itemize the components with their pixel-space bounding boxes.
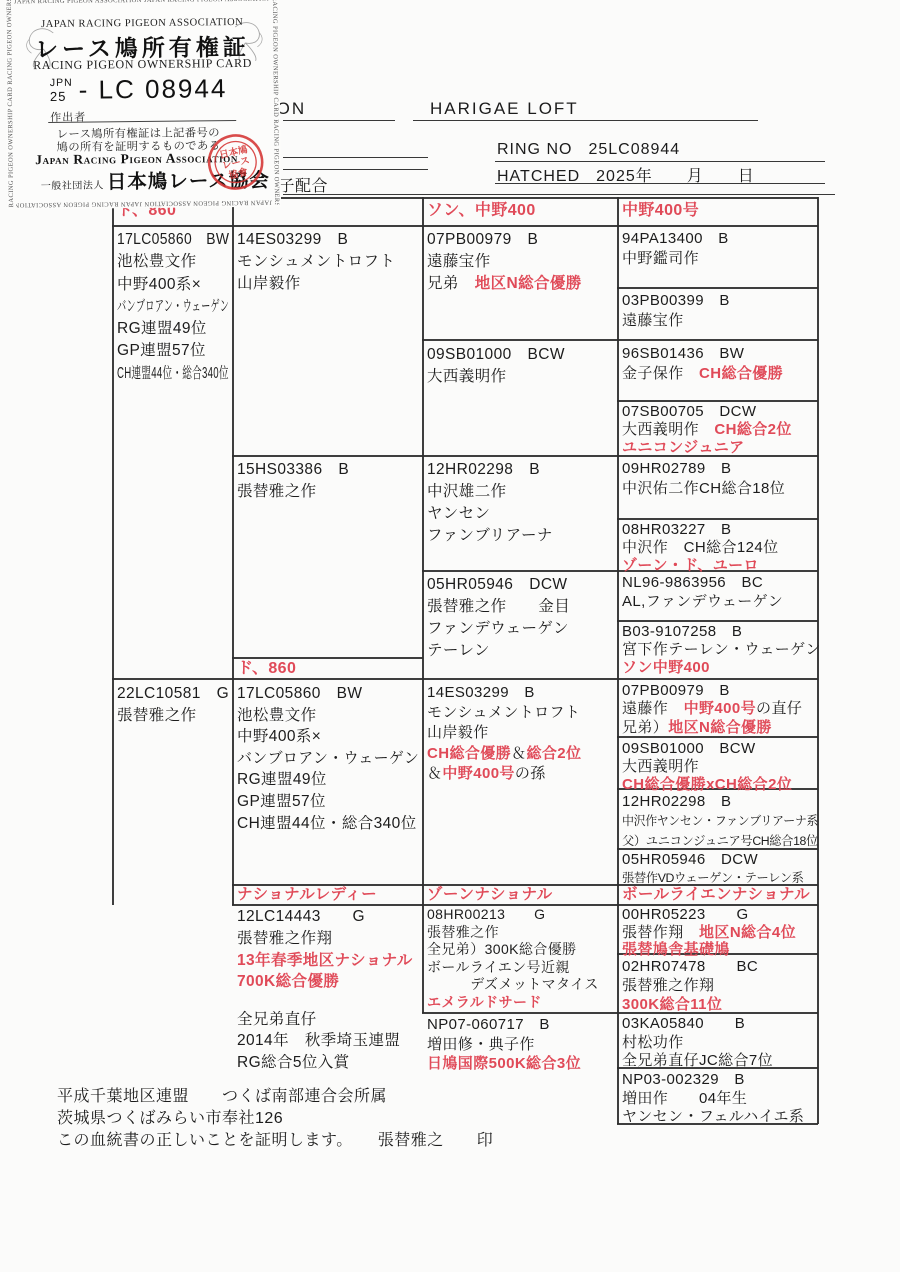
pedigree-line: 12LC14443 G <box>237 906 365 928</box>
pedigree-line: 山岸毅作 <box>237 273 301 295</box>
grid-line-h <box>112 678 818 680</box>
pedigree-cell-c2_3: 17LC05860 BW池松豊文作中野400系×バンブロアン・ウェーゲンRG連盟… <box>237 683 426 834</box>
grid-line-h <box>422 1012 818 1014</box>
pedigree-line: デズメットマタイス <box>427 976 599 994</box>
pedigree-line: 08HR00213 G <box>427 906 545 924</box>
card-ring-id: JPN 25 - LC 08944 <box>50 73 228 106</box>
grid-line-v <box>112 197 114 905</box>
pedigree-cell-c4_7: NL96-9863956 BCAL,ファンデウェーゲン <box>622 573 783 611</box>
pedigree-cell-c3_5: 14ES03299 Bモンシュメントロフト山岸毅作CH総合優勝＆総合2位＆中野4… <box>427 683 581 784</box>
pedigree-line: 03PB00399 B <box>622 291 730 311</box>
pedigree-line: 07PB00979 B <box>622 682 730 700</box>
pedigree-line: 遠藤宝作 <box>622 311 684 331</box>
pedigree-cell-c4_2: 03PB00399 B遠藤宝作 <box>622 291 730 331</box>
pedigree-line: 中野400系× <box>117 274 201 296</box>
pedigree-line: 05HR05946 DCW <box>427 574 567 596</box>
pedigree-cell-c4_8: B03-9107258 B宮下作テーレン・ウェーゲンソン中野400 <box>622 623 821 678</box>
pedigree-line: 全兄弟直仔 <box>237 1009 317 1031</box>
pedigree-line: 07PB00979 B <box>427 229 538 251</box>
pedigree-line: 94PA13400 B <box>622 229 729 249</box>
pedigree-cell-c2_band: ド、860 <box>237 659 296 679</box>
pedigree-cell-c3_band: ソン、中野400 <box>427 200 536 222</box>
pedigree-line: 08HR03227 B <box>622 521 731 539</box>
pedigree-line: 日鳩国際500K総合3位 <box>427 1054 581 1074</box>
grid-line-h <box>617 518 818 520</box>
pedigree-line: CH総合優勝＆総合2位 <box>427 744 581 764</box>
pedigree-cell-c3_4: 05HR05946 DCW張替雅之作 金目ファンデウェーゲンテーレン <box>427 574 570 662</box>
pedigree-cell-c2_4: 12LC14443 G張替雅之作翔13年春季地区ナショナル700K総合優勝全兄弟… <box>237 906 413 1074</box>
footer-address: 茨城県つくばみらい市奉社126 <box>57 1105 283 1128</box>
pedigree-line: NP07-060717 B <box>427 1015 550 1035</box>
card-edge-text-top: JAPAN RACING PIGEON ASSOCIATION JAPAN RA… <box>14 0 270 7</box>
pedigree-cell-c3_band2: ゾーンナショナル <box>427 885 553 905</box>
pedigree-line: ゾーンナショナル <box>427 885 553 905</box>
pedigree-line: CH連盟44位・総合340位 <box>117 363 229 385</box>
pedigree-line: 金子保作 CH総合優勝 <box>622 364 783 384</box>
pedigree-line: 12HR02298 B <box>622 792 731 811</box>
pedigree-line: 15HS03386 B <box>237 459 349 481</box>
scanned-pedigree-certificate: { "page": { "bg": "#fbfbfa", "ink": "#1c… <box>0 0 900 1272</box>
grid-line-h <box>617 400 818 402</box>
association-red-seal: 日本鳩 レース 協會 <box>201 127 270 196</box>
pedigree-line: ＆中野400号の孫 <box>427 764 546 784</box>
pedigree-line: 03KA05840 B <box>622 1015 745 1034</box>
pedigree-line: NP03-002329 B <box>622 1071 745 1090</box>
grid-line-h <box>422 339 818 341</box>
pedigree-line: 兄弟）地区N総合優勝 <box>622 719 772 737</box>
card-edge-text-bottom: JAPAN RACING PIGEON ASSOCIATION JAPAN RA… <box>16 197 272 209</box>
pedigree-line: ファンブリアーナ <box>427 525 553 547</box>
pedigree-line: テーレン <box>427 640 490 662</box>
pedigree-cell-c3_1: 07PB00979 B遠藤宝作兄弟 地区N総合優勝 <box>427 229 582 295</box>
pedigree-line: RG総合5位入賞 <box>237 1052 350 1074</box>
pedigree-line: エメラルドサード <box>427 994 542 1012</box>
pedigree-line: ファンデウェーゲン <box>427 618 569 640</box>
pedigree-line: 宮下作テーレン・ウェーゲン <box>622 641 821 659</box>
pedigree-line: 村松功作 <box>622 1034 684 1053</box>
pedigree-line: ナショナルレディー <box>237 885 377 905</box>
pedigree-cell-c4_10: 09SB01000 BCW大西義明作CH総合優勝xCH総合2位 <box>622 740 792 795</box>
pedigree-line: 07SB00705 DCW <box>622 403 756 421</box>
pedigree-cell-c4_12: 05HR05946 DCW張替作VDウェーゲン・テーレン系 <box>622 851 804 887</box>
pedigree-cell-c4_6: 08HR03227 B中沢作 CH総合124位ゾーン・ド、ユーロ <box>622 521 779 576</box>
pedigree-line: 17LC05860 BW <box>117 229 229 251</box>
pedigree-line: 17LC05860 BW <box>237 683 362 705</box>
pedigree-line: 05HR05946 DCW <box>622 851 758 869</box>
grid-line-v <box>617 197 619 1124</box>
pedigree-line: 中野400系× <box>237 726 321 748</box>
footer-certification: この血統書の正しいことを証明します。 張替雅之 印 <box>57 1127 493 1150</box>
pedigree-line: モンシュメントロフト <box>427 703 580 723</box>
footer-affiliation: 平成千葉地区連盟 つくば南部連合会所属 <box>57 1083 387 1106</box>
pedigree-cell-c4_9: 07PB00979 B遠藤作 中野400号の直仔兄弟）地区N総合優勝 <box>622 682 802 737</box>
pedigree-line: 張替雅之作 <box>237 481 317 503</box>
pedigree-line: 中沢佑二作CH総合18位 <box>622 479 785 499</box>
pedigree-line: 大西義明作 <box>622 758 699 776</box>
pedigree-line: AL,ファンデウェーゲン <box>622 592 783 611</box>
card-ring-number: - LC 08944 <box>79 73 228 106</box>
pedigree-cell-c3_7: NP07-060717 B増田修・典子作日鳩国際500K総合3位 <box>427 1015 581 1074</box>
pedigree-line: 増田修・典子作 <box>427 1035 535 1055</box>
pedigree-cell-c3_6: 08HR00213 G張替雅之作全兄弟）300K総合優勝ボールライエン号近親 デ… <box>427 906 599 1012</box>
pedigree-line: RG連盟49位 <box>237 769 327 791</box>
pedigree-cell-c4_1: 94PA13400 B中野鑑司作 <box>622 229 729 269</box>
pedigree-line: GP連盟57位 <box>117 340 206 362</box>
pedigree-line: 300K総合11位 <box>622 995 722 1014</box>
pedigree-line: 張替雅之作 <box>117 705 197 727</box>
pedigree-cell-c4_11: 12HR02298 B中沢作ヤンセン・ファンブリアーナ系父）ユニコンジュニア号C… <box>622 792 823 851</box>
pedigree-cell-c4_4: 07SB00705 DCW大西義明作 CH総合2位ユニコンジュニア <box>622 403 792 458</box>
pedigree-line: ヤンセン・フェルハイエ系 <box>622 1108 804 1127</box>
pedigree-cell-c4_16: NP03-002329 B増田作 04年生ヤンセン・フェルハイエ系 <box>622 1071 804 1127</box>
pedigree-cell-c4_band2: ボールライエンナショナル <box>622 885 810 905</box>
pedigree-line: ボールライエン号近親 <box>427 959 570 977</box>
pedigree-line: 09HR02789 B <box>622 459 731 479</box>
pedigree-cell-c1_dam: 22LC10581 G張替雅之作 <box>117 683 229 727</box>
pedigree-line: 中沢作ヤンセン・ファンブリアーナ系 <box>622 811 818 831</box>
pedigree-cell-c4_band: 中野400号 <box>622 200 699 222</box>
pedigree-line: B03-9107258 B <box>622 623 742 641</box>
pedigree-line: 張替作翔 地区N総合4位 <box>622 924 796 942</box>
pedigree-line: 山岸毅作 <box>427 723 489 743</box>
pedigree-cell-c3_2: 09SB01000 BCW大西義明作 <box>427 344 565 388</box>
pedigree-line: CH連盟44位・総合340位 <box>237 813 417 835</box>
pedigree-line: 12HR02298 B <box>427 459 540 481</box>
pedigree-line: 中野鑑司作 <box>622 249 699 269</box>
pedigree-cell-c4_13: 00HR05223 G張替作翔 地区N総合4位張替鳩舎基礎鳩 <box>622 906 796 959</box>
pedigree-line: ユニコンジュニア <box>622 439 745 457</box>
pedigree-line: 2014年 秋季埼玉連盟 <box>237 1030 400 1052</box>
pedigree-line: 700K総合優勝 <box>237 971 339 993</box>
pedigree-line: ソン、中野400 <box>427 200 536 222</box>
grid-line-v <box>422 197 424 1013</box>
pedigree-line: NL96-9863956 BC <box>622 573 763 592</box>
pedigree-line: 池松豊文作 <box>117 251 197 273</box>
grid-line-h <box>617 287 818 289</box>
pedigree-line: 遠藤宝作 <box>427 251 491 273</box>
grid-line-h <box>112 225 818 227</box>
pedigree-line: 張替雅之作翔 <box>622 976 714 995</box>
pedigree-cell-c2_2: 15HS03386 B張替雅之作 <box>237 459 349 503</box>
pedigree-line: 全兄弟直仔JC総合7位 <box>622 1052 773 1071</box>
pedigree-line: バンブロアン・ウェーゲン <box>117 296 229 318</box>
pedigree-line: 中沢作 CH総合124位 <box>622 539 779 557</box>
pedigree-line: 00HR05223 G <box>622 906 749 924</box>
grid-line-h <box>617 620 818 622</box>
pedigree-line: 張替雅之作 金目 <box>427 596 570 618</box>
pedigree-line: 池松豊文作 <box>237 705 317 727</box>
pedigree-cell-c2_1: 14ES03299 Bモンシュメントロフト山岸毅作 <box>237 229 395 295</box>
ownership-card: JAPAN RACING PIGEON ASSOCIATION JAPAN RA… <box>5 0 281 209</box>
pedigree-line: 兄弟 地区N総合優勝 <box>427 273 582 295</box>
pedigree-line: 父）ユニコンジュニア号CH総合18位 <box>622 831 818 851</box>
pedigree-cell-c4_3: 96SB01436 BW金子保作 CH総合優勝 <box>622 344 783 384</box>
pedigree-cell-c4_14: 02HR07478 BC張替雅之作翔300K総合11位 <box>622 957 758 1014</box>
pedigree-line: 張替雅之作翔 <box>237 928 332 950</box>
pedigree-line: モンシュメントロフト <box>237 251 395 273</box>
pedigree-line: 全兄弟）300K総合優勝 <box>427 941 577 959</box>
pedigree-line: 13年春季地区ナショナル <box>237 950 413 972</box>
pedigree-line: 09SB01000 BCW <box>427 344 565 366</box>
pedigree-line: ヤンセン <box>427 503 490 525</box>
card-year-code: 25 <box>50 90 73 103</box>
pedigree-line: 96SB01436 BW <box>622 344 744 364</box>
card-association-prefix: 一般社団法人 <box>41 176 104 195</box>
pedigree-line: 14ES03299 B <box>427 683 535 703</box>
pedigree-line: ド、860 <box>237 659 296 679</box>
pedigree-line: 02HR07478 BC <box>622 957 758 976</box>
pedigree-cell-c2_band2: ナショナルレディー <box>237 885 377 905</box>
pedigree-line: ソン中野400 <box>622 659 710 677</box>
pedigree-line: 中沢雄二作 <box>427 481 507 503</box>
pedigree-line: ボールライエンナショナル <box>622 885 810 905</box>
pedigree-cell-c3_3: 12HR02298 B中沢雄二作ヤンセンファンブリアーナ <box>427 459 553 547</box>
pedigree-line: 大西義明作 <box>427 366 507 388</box>
pedigree-line: 22LC10581 G <box>117 683 229 705</box>
pedigree-line: 大西義明作 CH総合2位 <box>622 421 792 439</box>
card-title-english: RACING PIGEON OWNERSHIP CARD <box>6 56 280 74</box>
pedigree-line: 増田作 04年生 <box>622 1090 747 1109</box>
pedigree-line: 張替雅之作 <box>427 924 499 942</box>
pedigree-line: 09SB01000 BCW <box>622 740 756 758</box>
pedigree-line: RG連盟49位 <box>117 318 207 340</box>
pedigree-line: 遠藤作 中野400号の直仔 <box>622 700 802 718</box>
pedigree-line: 14ES03299 B <box>237 229 348 251</box>
card-country-code: JPN <box>50 77 73 88</box>
pedigree-cell-c4_15: 03KA05840 B村松功作全兄弟直仔JC総合7位 <box>622 1015 773 1071</box>
pedigree-line: 中野400号 <box>622 200 699 222</box>
pedigree-line: バンブロアン・ウェーゲン <box>237 748 419 770</box>
pedigree-cell-c4_5: 09HR02789 B中沢佑二作CH総合18位 <box>622 459 785 499</box>
pedigree-line: GP連盟57位 <box>237 791 326 813</box>
